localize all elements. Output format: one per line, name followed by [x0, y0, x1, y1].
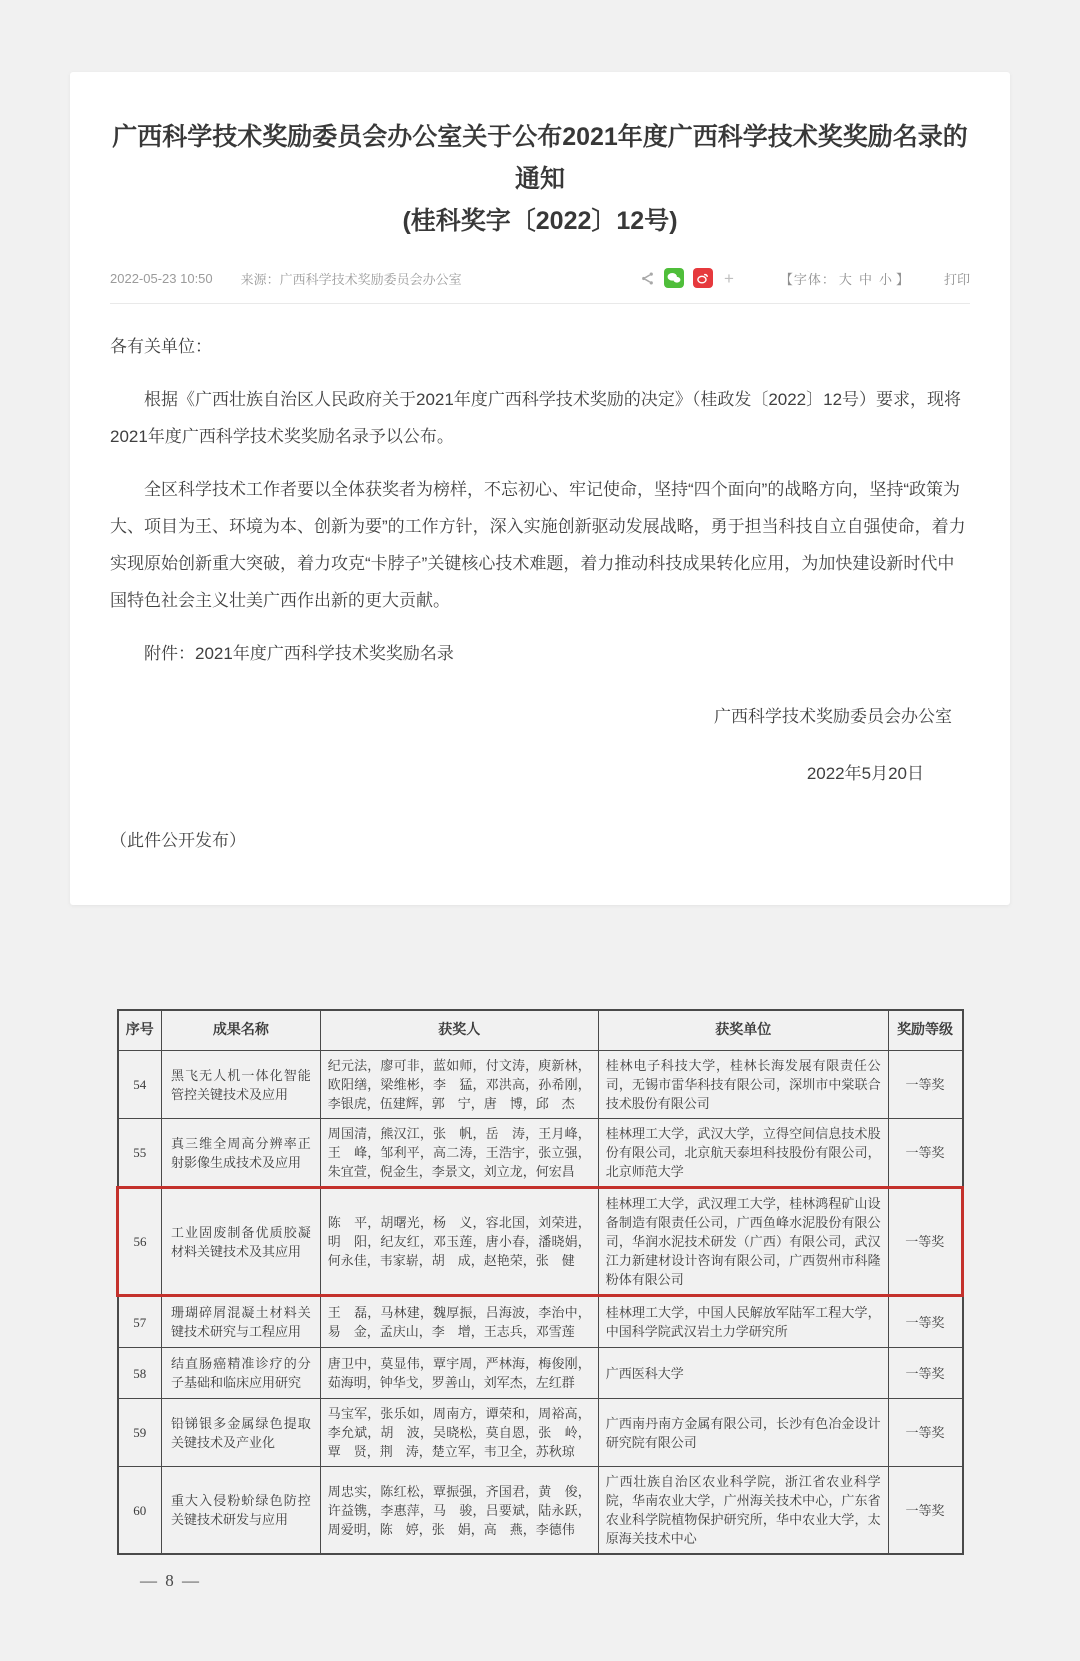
salutation: 各有关单位：	[110, 328, 970, 365]
cell-award-level: 一等奖	[888, 1467, 962, 1555]
cell-winners: 周忠实，陈红松，覃振强，齐国君，黄 俊，许益镌，李惠萍，马 骏，吕要斌，陆永跃，…	[320, 1467, 598, 1555]
cell-winners: 唐卫中，莫显伟，覃宇周，严林海，梅俊刚，茹海明，钟华戈，罗善山，刘军杰，左红群	[320, 1348, 598, 1399]
cell-winners: 王 磊，马林建，魏厚振，吕海波，李治中，易 金，孟庆山，李 增，王志兵，邓雪莲	[320, 1296, 598, 1348]
page-number: — 8 —	[116, 1571, 964, 1591]
table-body: 54 黑飞无人机一体化智能管控关键技术及应用 纪元法，廖可非，蓝如师，付文涛，庾…	[118, 1051, 963, 1555]
cell-serial: 54	[118, 1051, 162, 1119]
source-text: 来源：广西科学技术奖励委员会办公室	[241, 269, 462, 288]
font-size-small[interactable]: 小	[879, 272, 893, 287]
table-row: 57 珊瑚碎屑混凝土材料关键技术研究与工程应用 王 磊，马林建，魏厚振，吕海波，…	[118, 1296, 963, 1348]
share-group: +	[640, 268, 734, 288]
wechat-share-icon[interactable]	[664, 268, 684, 288]
share-icon[interactable]	[640, 271, 655, 286]
font-size-prefix: 【字体：	[780, 272, 836, 287]
cell-winners: 陈 平，胡曙光，杨 义，容北国，刘荣进，明 阳，纪友红，邓玉莲，唐小春，潘晓娟，…	[320, 1188, 598, 1296]
article-meta-bar: 2022-05-23 10:50 来源：广西科学技术奖励委员会办公室	[110, 268, 970, 304]
public-release-note: （此件公开发布）	[110, 822, 970, 859]
cell-winners: 周国清，熊汉江，张 帆，岳 涛，王月峰，王 峰，邹利平，高二涛，王浩宇，张立强，…	[320, 1119, 598, 1188]
cell-units: 广西壮族自治区农业科学院，浙江省农业科学院，华南农业大学，广州海关技术中心，广东…	[598, 1467, 888, 1555]
meta-left: 2022-05-23 10:50 来源：广西科学技术奖励委员会办公室	[110, 269, 462, 288]
attachment-line: 附件：2021年度广西科学技术奖奖励名录	[110, 635, 970, 672]
table-row: 59 铅锑银多金属绿色提取关键技术及产业化 马宝军，张乐如，周南方，谭荣和，周裕…	[118, 1399, 963, 1467]
cell-serial: 57	[118, 1296, 162, 1348]
font-size-selector: 【字体：大中小】	[780, 269, 910, 288]
table-row: 58 结直肠癌精准诊疗的分子基础和临床应用研究 唐卫中，莫显伟，覃宇周，严林海，…	[118, 1348, 963, 1399]
header-achievement: 成果名称	[161, 1010, 320, 1051]
cell-achievement: 重大入侵粉蚧绿色防控关键技术研发与应用	[161, 1467, 320, 1555]
page-title: 广西科学技术奖励委员会办公室关于公布2021年度广西科学技术奖奖励名录的通知 (…	[110, 116, 970, 242]
cell-units: 桂林理工大学，武汉理工大学，桂林鸿程矿山设备制造有限责任公司，广西鱼峰水泥股份有…	[598, 1188, 888, 1296]
cell-achievement: 珊瑚碎屑混凝土材料关键技术研究与工程应用	[161, 1296, 320, 1348]
print-button[interactable]: 打印	[944, 269, 970, 288]
cell-units: 广西南丹南方金属有限公司，长沙有色冶金设计研究院有限公司	[598, 1399, 888, 1467]
cell-serial: 58	[118, 1348, 162, 1399]
cell-serial: 55	[118, 1119, 162, 1188]
cell-units: 桂林理工大学，中国人民解放军陆军工程大学，中国科学院武汉岩土力学研究所	[598, 1296, 888, 1348]
source-value: 广西科学技术奖励委员会办公室	[280, 272, 462, 287]
cell-award-level: 一等奖	[888, 1399, 962, 1467]
font-size-medium[interactable]: 中	[859, 272, 873, 287]
paragraph-basis: 根据《广西壮族自治区人民政府关于2021年度广西科学技术奖励的决定》（桂政发〔2…	[110, 381, 970, 455]
cell-achievement: 结直肠癌精准诊疗的分子基础和临床应用研究	[161, 1348, 320, 1399]
table-row: 56 工业固废制备优质胶凝材料关键技术及其应用 陈 平，胡曙光，杨 义，容北国，…	[118, 1188, 963, 1296]
more-share-icon[interactable]: +	[724, 270, 734, 287]
font-size-large[interactable]: 大	[839, 272, 853, 287]
article-card: 广西科学技术奖励委员会办公室关于公布2021年度广西科学技术奖奖励名录的通知 (…	[70, 72, 1010, 905]
table-header-row: 序号 成果名称 获奖人 获奖单位 奖励等级	[118, 1010, 963, 1051]
page-title-line1: 广西科学技术奖励委员会办公室关于公布2021年度广西科学技术奖奖励名录的通知	[110, 116, 970, 200]
cell-serial: 56	[118, 1188, 162, 1296]
signature-org: 广西科学技术奖励委员会办公室	[110, 698, 970, 735]
meta-right: + 【字体：大中小】 打印	[640, 268, 970, 288]
cell-units: 广西医科大学	[598, 1348, 888, 1399]
cell-achievement: 工业固废制备优质胶凝材料关键技术及其应用	[161, 1188, 320, 1296]
table-row: 60 重大入侵粉蚧绿色防控关键技术研发与应用 周忠实，陈红松，覃振强，齐国君，黄…	[118, 1467, 963, 1555]
cell-award-level: 一等奖	[888, 1188, 962, 1296]
cell-winners: 马宝军，张乐如，周南方，谭荣和，周裕高，李允斌，胡 波，吴晓松，莫自恩，张 岭，…	[320, 1399, 598, 1467]
table-row: 54 黑飞无人机一体化智能管控关键技术及应用 纪元法，廖可非，蓝如师，付文涛，庾…	[118, 1051, 963, 1119]
header-serial: 序号	[118, 1010, 162, 1051]
publish-datetime: 2022-05-23 10:50	[110, 271, 213, 286]
header-award-level: 奖励等级	[888, 1010, 962, 1051]
signature-date: 2022年5月20日	[110, 755, 970, 792]
weibo-share-icon[interactable]	[693, 268, 713, 288]
table-row: 55 真三维全周高分辨率正射影像生成技术及应用 周国清，熊汉江，张 帆，岳 涛，…	[118, 1119, 963, 1188]
header-winners: 获奖人	[320, 1010, 598, 1051]
cell-units: 桂林电子科技大学，桂林长海发展有限责任公司，无锡市雷华科技有限公司，深圳市中棠联…	[598, 1051, 888, 1119]
cell-winners: 纪元法，廖可非，蓝如师，付文涛，庾新林，欧阳缮，梁维彬，李 猛，邓洪高，孙希刚，…	[320, 1051, 598, 1119]
source-label: 来源：	[241, 272, 280, 287]
page-title-line2: (桂科奖字〔2022〕12号)	[110, 200, 970, 242]
font-size-suffix: 】	[896, 272, 910, 287]
cell-units: 桂林理工大学，武汉大学，立得空间信息技术股份有限公司，北京航天泰坦科技股份有限公…	[598, 1119, 888, 1188]
cell-serial: 59	[118, 1399, 162, 1467]
cell-award-level: 一等奖	[888, 1348, 962, 1399]
header-units: 获奖单位	[598, 1010, 888, 1051]
article-body: 各有关单位： 根据《广西壮族自治区人民政府关于2021年度广西科学技术奖励的决定…	[110, 304, 970, 859]
cell-award-level: 一等奖	[888, 1296, 962, 1348]
cell-award-level: 一等奖	[888, 1119, 962, 1188]
cell-achievement: 铅锑银多金属绿色提取关键技术及产业化	[161, 1399, 320, 1467]
cell-award-level: 一等奖	[888, 1051, 962, 1119]
cell-achievement: 黑飞无人机一体化智能管控关键技术及应用	[161, 1051, 320, 1119]
cell-achievement: 真三维全周高分辨率正射影像生成技术及应用	[161, 1119, 320, 1188]
paragraph-exhortation: 全区科学技术工作者要以全体获奖者为榜样，不忘初心、牢记使命，坚持“四个面向”的战…	[110, 471, 970, 619]
cell-serial: 60	[118, 1467, 162, 1555]
awards-table-section: 序号 成果名称 获奖人 获奖单位 奖励等级 54 黑飞无人机一体化智能管控关键技…	[116, 1009, 964, 1555]
awards-table: 序号 成果名称 获奖人 获奖单位 奖励等级 54 黑飞无人机一体化智能管控关键技…	[116, 1009, 964, 1555]
